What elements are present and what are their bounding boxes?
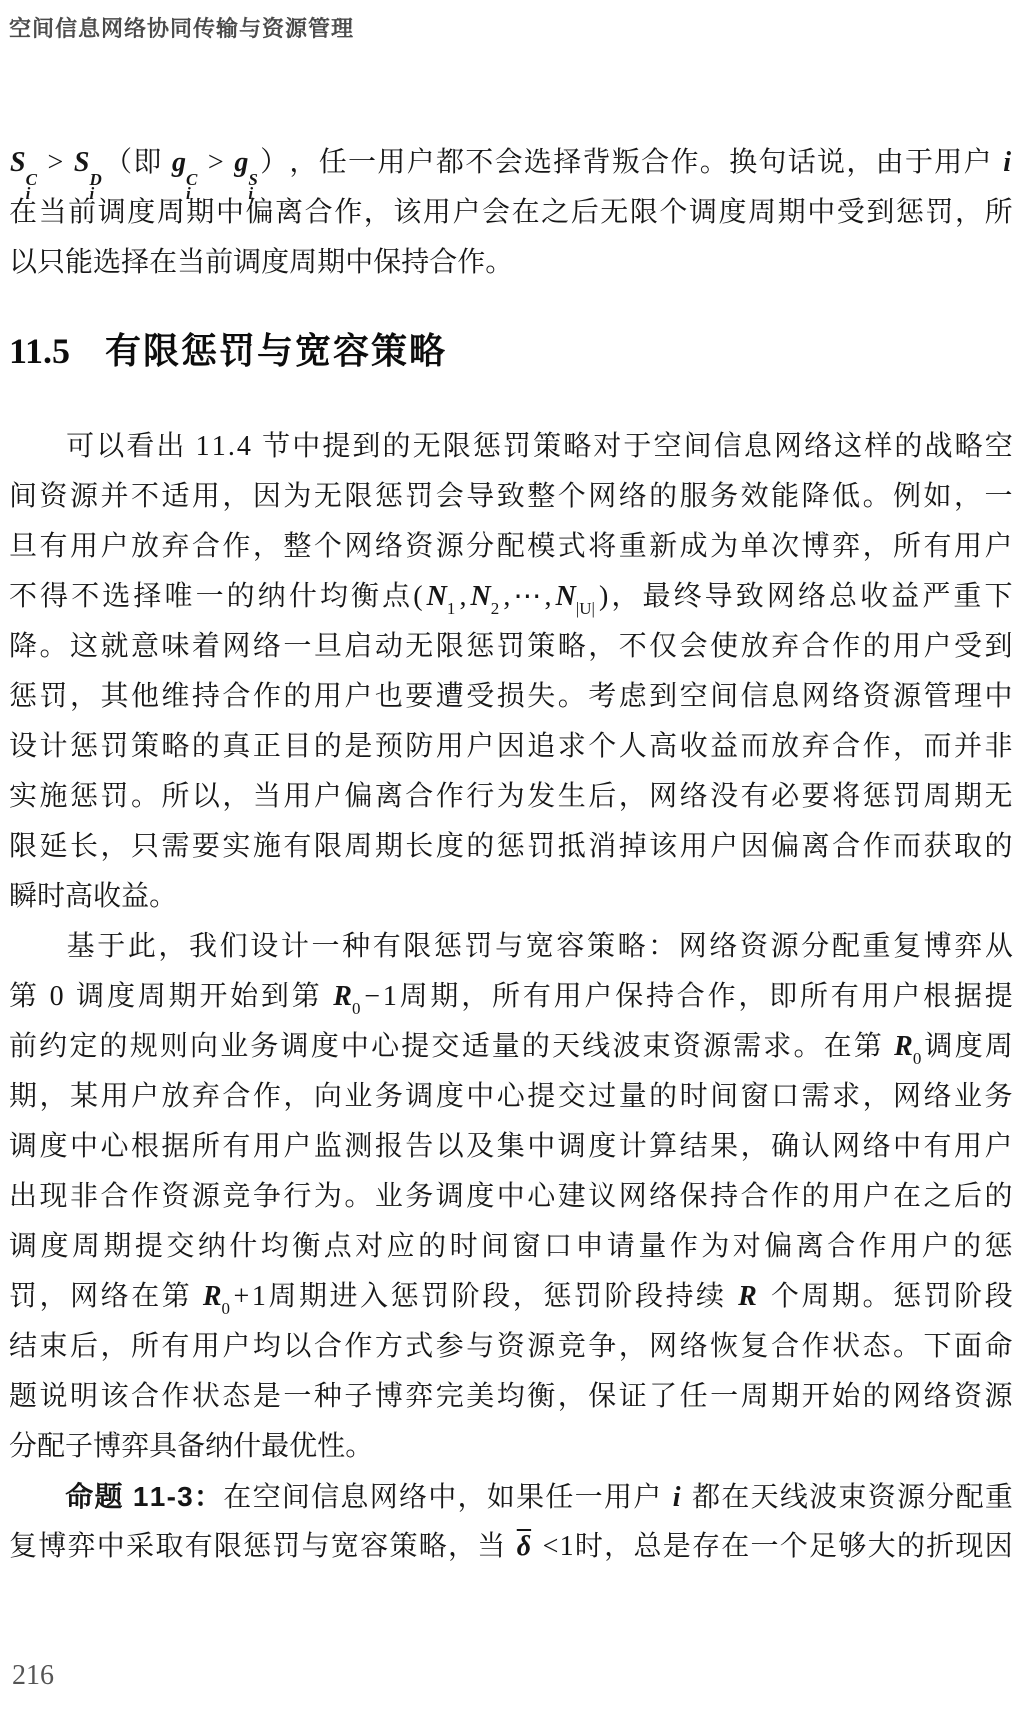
text-char: 衡	[351, 572, 379, 622]
text-char: 的	[522, 1022, 550, 1072]
text-line: 复博弈中采取有限惩罚与宽容策略，当 δ <1时，总是存在一个足够大的折现因	[9, 1522, 1013, 1572]
text-char: 存	[692, 1522, 720, 1572]
text-char: 周	[138, 972, 166, 1022]
text-char: ,	[544, 572, 551, 622]
text-char: 抵	[558, 822, 586, 872]
text-char: 争	[253, 1172, 281, 1222]
text-char: 益	[121, 872, 149, 922]
text-char: ，	[289, 138, 317, 188]
text-char: 业	[954, 1072, 982, 1122]
text-char: 限	[9, 822, 37, 872]
text-char: 为	[314, 1172, 342, 1222]
text-char: 空	[654, 422, 682, 472]
text-char: 线	[582, 1022, 610, 1072]
text-char: 度	[107, 972, 135, 1022]
text-char: 竞	[222, 1172, 250, 1222]
text-char: 罚	[39, 672, 67, 722]
text-char: 调	[98, 188, 126, 238]
text-char: 周	[741, 1372, 769, 1422]
text-char: 要	[405, 672, 433, 722]
text-char: 合	[832, 822, 860, 872]
text-char: 作	[457, 238, 485, 288]
text-char: 意	[131, 622, 159, 672]
text-char: 着	[192, 622, 220, 672]
text-char: 战	[925, 422, 953, 472]
math-subscript: 1	[447, 599, 456, 618]
text-char: 束	[643, 1022, 671, 1072]
text-char: 提	[135, 1222, 163, 1272]
text-char: 不	[9, 572, 37, 622]
text-char: 会	[436, 472, 464, 522]
text-char: 线	[780, 1473, 808, 1523]
text-char: 益	[891, 572, 919, 622]
text-char: 调	[281, 1022, 309, 1072]
text-char: 果	[516, 1473, 544, 1523]
text-char: 户	[710, 822, 738, 872]
text-char: 入	[360, 1272, 388, 1322]
text-char: 我	[189, 922, 217, 972]
text-char: 持	[192, 672, 220, 722]
text-char: ，	[955, 188, 983, 238]
text-char: 络	[863, 1122, 891, 1172]
math-subscript: |U|	[576, 599, 595, 618]
text-char: 略	[161, 722, 189, 772]
text-char: 心	[371, 1022, 399, 1072]
text-char: 中	[497, 1172, 525, 1222]
text-char: 惩	[497, 822, 525, 872]
text-char: 分	[466, 522, 494, 572]
text-char: 用	[893, 622, 921, 672]
text-char: 息	[771, 672, 799, 722]
text-char: 向	[314, 1072, 342, 1122]
text-char: 惩	[70, 772, 98, 822]
text-char: 量	[619, 1072, 647, 1122]
text-char: 单	[741, 522, 769, 572]
text-char: 罚	[925, 188, 953, 238]
text-char: 的	[953, 1222, 981, 1272]
text-char: 网	[893, 1072, 921, 1122]
math-base: R	[333, 981, 352, 1012]
text-char: 分	[926, 1473, 954, 1523]
text-char: 实	[222, 822, 250, 872]
text-char: 用	[423, 188, 451, 238]
text-char: 度	[955, 1022, 983, 1072]
text-char: 段	[482, 1272, 510, 1322]
text-char: 求	[763, 1022, 791, 1072]
text-char: 策	[389, 1522, 417, 1572]
text-char: 的	[314, 722, 342, 772]
text-char: 。	[863, 472, 891, 522]
text-char: 得	[40, 572, 68, 622]
text-char: 无	[985, 772, 1013, 822]
text-char: 4	[237, 422, 251, 472]
text-char: 监	[314, 1122, 342, 1172]
text-char	[66, 972, 73, 1022]
text-char: 在	[223, 1473, 251, 1523]
text-char: 仅	[649, 622, 677, 672]
section-number: 11.5	[9, 326, 70, 376]
text-line: 以只能选择在当前调度周期中保持合作。	[9, 238, 1013, 288]
text-char: 保	[680, 1172, 708, 1222]
text-char: 个	[771, 1272, 799, 1322]
text-char: 适	[161, 472, 189, 522]
text-char: 1	[383, 972, 397, 1022]
text-char: 为	[497, 772, 525, 822]
text-char: 络	[619, 472, 647, 522]
text-char: 所	[800, 972, 828, 1022]
text-char	[200, 138, 207, 188]
text-char: 口	[544, 1222, 572, 1272]
text-char: ，	[40, 1272, 68, 1322]
text-char: 罚	[421, 1272, 449, 1322]
text-char: 作	[708, 972, 736, 1022]
text-char: 最	[261, 1422, 289, 1472]
text-char: 周	[801, 1272, 829, 1322]
text-char: 任	[545, 1473, 573, 1523]
text-char: 务	[985, 1072, 1013, 1122]
text-char: 因	[253, 472, 281, 522]
text-char: 复	[741, 1322, 769, 1372]
text-char: 用	[377, 138, 405, 188]
text-char: 期	[169, 972, 197, 1022]
text-char: 选	[102, 572, 130, 622]
text-char: 度	[311, 1022, 339, 1072]
text-char: 合	[832, 722, 860, 772]
text-char: 追	[527, 722, 555, 772]
text-char: 叛	[612, 138, 640, 188]
text-char: 没	[710, 772, 738, 822]
text-char: 。	[345, 1422, 373, 1472]
math-base: g	[234, 147, 248, 178]
text-char: 合	[827, 1222, 855, 1272]
page-number: 216	[9, 1660, 1013, 1692]
text-char: 重	[985, 1473, 1013, 1523]
text-char: +	[234, 1272, 250, 1322]
text-char: 取	[155, 1522, 183, 1572]
text-char	[884, 1022, 891, 1072]
text-char: 。	[700, 138, 728, 188]
text-char: 测	[344, 1122, 372, 1172]
text-char: 户	[131, 1072, 159, 1122]
text-char: 用	[954, 1122, 982, 1172]
text-char: 源	[70, 472, 98, 522]
text-char: 新	[649, 522, 677, 572]
text-char: 量	[638, 1222, 666, 1272]
text-char	[684, 1473, 691, 1523]
math-variable-overline: δ	[515, 1522, 533, 1572]
text-char: 重	[953, 572, 981, 622]
text-char: 求	[832, 1072, 860, 1122]
text-char: 网	[802, 672, 830, 722]
text-char: 度	[39, 1122, 67, 1172]
text-char: 面	[954, 1322, 982, 1372]
bold-text-char	[124, 1472, 132, 1522]
section-title: 有限惩罚与宽容策略	[105, 326, 447, 376]
text-char: 调	[233, 238, 261, 288]
text-char: 到	[352, 422, 380, 472]
text-char: 管	[924, 672, 952, 722]
text-char: 空	[253, 1473, 281, 1523]
text-char: 周	[400, 972, 428, 1022]
text-char: 题	[9, 1372, 37, 1422]
text-char: 并	[100, 472, 128, 522]
text-char: 用	[554, 972, 582, 1022]
text-char: 持	[401, 238, 429, 288]
text-char: 中	[466, 1072, 494, 1122]
text-char: 惩	[9, 672, 37, 722]
text-char: 户	[985, 1122, 1013, 1172]
text-char: 需	[733, 1022, 761, 1072]
text-char: 提	[985, 972, 1013, 1022]
text-char: 罚	[503, 422, 531, 472]
text-char: 放	[741, 622, 769, 672]
text-char: 限	[436, 622, 464, 672]
text-char	[163, 138, 170, 188]
text-char: 限	[630, 188, 658, 238]
text-char: 源	[527, 1322, 555, 1372]
text-char: 实	[9, 772, 37, 822]
text-char: 源	[771, 922, 799, 972]
text-char: 间	[282, 1473, 310, 1523]
text-char: 段	[985, 1272, 1013, 1322]
text-char: 由	[876, 138, 904, 188]
text-char: ，	[846, 138, 874, 188]
text-char: 种	[314, 1372, 342, 1422]
text-char: 于	[97, 922, 125, 972]
text-char: 源	[192, 1172, 220, 1222]
text-char: 后	[571, 188, 599, 238]
text-char: 使	[710, 622, 738, 672]
text-char: 的	[863, 622, 891, 672]
text-char: 维	[161, 672, 189, 722]
text-char: 收	[860, 572, 888, 622]
text-char: 惩	[473, 422, 501, 472]
text-char: 限	[314, 822, 342, 872]
text-char: 美	[466, 1372, 494, 1422]
text-char: 段	[635, 1272, 663, 1322]
text-char: 度	[436, 822, 464, 872]
text-char: 择	[121, 238, 149, 288]
text-char: ，	[741, 1122, 769, 1172]
text-char: 将	[588, 522, 616, 572]
text-char: 中	[345, 238, 373, 288]
text-char: 窗	[741, 1072, 769, 1122]
text-char: 重	[862, 922, 890, 972]
text-char: 优	[289, 1422, 317, 1472]
text-char: 时	[680, 1072, 708, 1122]
text-char: 后	[954, 1172, 982, 1222]
text-char: 合	[131, 1372, 159, 1422]
text-char: 作	[863, 822, 891, 872]
text-char: 到	[261, 972, 289, 1022]
text-char: 第	[162, 1272, 190, 1322]
text-char: 用	[862, 972, 890, 1022]
text-char: 在	[824, 1022, 852, 1072]
text-char: 一	[751, 1522, 779, 1572]
text-char: 而	[741, 722, 769, 772]
text-char: 要	[192, 822, 220, 872]
text-char	[225, 138, 232, 188]
text-char: 行	[466, 772, 494, 822]
text-char: 集	[497, 1122, 525, 1172]
text-char: ）	[260, 138, 288, 188]
text-char: 理	[954, 672, 982, 722]
text-char: 网	[619, 1172, 647, 1222]
text-char	[534, 1522, 541, 1572]
text-char: <	[543, 1522, 559, 1572]
text-char	[663, 1473, 670, 1523]
text-char: 源	[436, 522, 464, 572]
text-char: 网	[370, 1473, 398, 1523]
text-char: 有	[373, 922, 401, 972]
text-char: 策	[131, 722, 159, 772]
text-char: 延	[39, 822, 67, 872]
text-char: 状	[192, 1372, 220, 1422]
text-char: 计	[39, 722, 67, 772]
text-char: 略	[563, 422, 591, 472]
text-char: 例	[893, 472, 921, 522]
text-char: ，	[611, 572, 639, 622]
text-char: 调	[924, 1022, 952, 1072]
text-char: 某	[70, 1072, 98, 1122]
text-char: 采	[126, 1522, 154, 1572]
text-char: (	[413, 572, 422, 622]
text-char: 竞	[558, 1322, 586, 1372]
text-char: 前	[68, 188, 96, 238]
text-char: ，	[100, 822, 128, 872]
text-char: 到	[866, 188, 894, 238]
text-char: 口	[771, 1072, 799, 1122]
text-char: 如	[924, 472, 952, 522]
math-base: g	[172, 147, 186, 178]
math-base: S	[74, 147, 90, 178]
text-char: ：	[648, 922, 676, 972]
text-char: 中	[428, 1473, 456, 1523]
text-char	[253, 422, 260, 472]
text-char: 需	[802, 1072, 830, 1122]
text-char: 户	[633, 1473, 661, 1523]
text-char: 分	[9, 1422, 37, 1472]
text-char: 度	[588, 1122, 616, 1172]
text-char: 恢	[710, 1322, 738, 1372]
text-char: ，	[863, 1072, 891, 1122]
text-char: 源	[893, 672, 921, 722]
text-char: 弈	[954, 922, 982, 972]
text-char: 心	[497, 1072, 525, 1122]
text-char: 作	[670, 138, 698, 188]
text-line: 罚，网络在第 R0+1周期进入惩罚阶段，惩罚阶段持续 R 个周期。惩罚阶段	[9, 1272, 1013, 1322]
text-char: 为	[710, 522, 738, 572]
text-char: 时	[575, 1522, 603, 1572]
text-char: 适	[462, 1022, 490, 1072]
text-char: 资	[405, 522, 433, 572]
text-char: 略	[419, 1522, 447, 1572]
text-char: 持	[710, 1172, 738, 1222]
text-char: 持	[646, 972, 674, 1022]
paragraph: 基于此，我们设计一种有限惩罚与宽容策略：网络资源分配重复博弈从第 0 调度周期开…	[9, 922, 1013, 1472]
text-char: 高	[65, 872, 93, 922]
text-char: 间	[9, 472, 37, 522]
text-char: 严	[922, 572, 950, 622]
text-char: 作	[802, 1322, 830, 1372]
bold-text-char: ：	[194, 1472, 222, 1522]
text-char: 虑	[619, 672, 647, 722]
text-char: 以	[9, 238, 37, 288]
text-char: 争	[588, 1322, 616, 1372]
text-char: 可	[66, 422, 94, 472]
text-char: 什	[229, 1222, 257, 1272]
text-char: 罚	[100, 722, 128, 772]
text-char: 。	[344, 1172, 372, 1222]
text-char: 一	[575, 1473, 603, 1523]
text-char: 这	[834, 422, 862, 472]
bold-text-char: 1	[150, 1472, 166, 1522]
text-char: 罚	[9, 1272, 37, 1322]
text-char: 1	[212, 422, 226, 472]
text-char: 的	[100, 1022, 128, 1072]
text-char: 所	[492, 972, 520, 1022]
text-char: 后	[588, 772, 616, 822]
text-char: 议	[588, 1172, 616, 1222]
text-char: 调	[9, 1122, 37, 1172]
text-char: 信	[311, 1473, 339, 1523]
text-char: 合	[429, 238, 457, 288]
text-char: 0	[50, 972, 64, 1022]
text-char: 络	[649, 1172, 677, 1222]
text-char: 子	[344, 1372, 372, 1422]
text-char: 偏	[246, 188, 274, 238]
text-char: 周	[344, 822, 372, 872]
text-char: 基	[67, 922, 95, 972]
text-char: 保	[373, 238, 401, 288]
text-char: 设	[9, 722, 37, 772]
text-char: 复	[893, 922, 921, 972]
text-char: 个	[314, 522, 342, 572]
text-char: ，	[513, 1272, 541, 1322]
math-variable-subscript: R0	[202, 1272, 231, 1322]
text-char: 旦	[9, 522, 37, 572]
text-char: ，	[619, 772, 647, 822]
text-char: 度	[719, 188, 747, 238]
text-char: 启	[344, 622, 372, 672]
text-char: 信	[714, 422, 742, 472]
text-char: 规	[130, 1022, 158, 1072]
text-char: 周	[985, 1022, 1013, 1072]
text-char: 非	[985, 722, 1013, 772]
text-char: 时	[37, 872, 65, 922]
text-char: ，	[364, 188, 392, 238]
text-char: 周	[924, 772, 952, 822]
text-char: 生	[558, 772, 586, 822]
text-char: 业	[344, 1072, 372, 1122]
text-char: 网	[649, 772, 677, 822]
text-char: 合	[802, 622, 830, 672]
text-char: 将	[832, 772, 860, 822]
text-char: 网	[649, 1322, 677, 1372]
text-char: 个	[659, 188, 687, 238]
text-char: （	[104, 138, 132, 188]
text-char: 户	[892, 972, 920, 1022]
text-char: 所	[985, 188, 1013, 238]
text-char: ，	[558, 1372, 586, 1422]
text-char: 作	[344, 1322, 372, 1372]
text-char: 在	[721, 1473, 749, 1523]
text-char: 该	[649, 822, 677, 872]
text-char: 网	[70, 1272, 98, 1322]
text-char: 旦	[314, 622, 342, 672]
text-char: 以	[436, 1122, 464, 1172]
text-char: 惩	[434, 922, 462, 972]
